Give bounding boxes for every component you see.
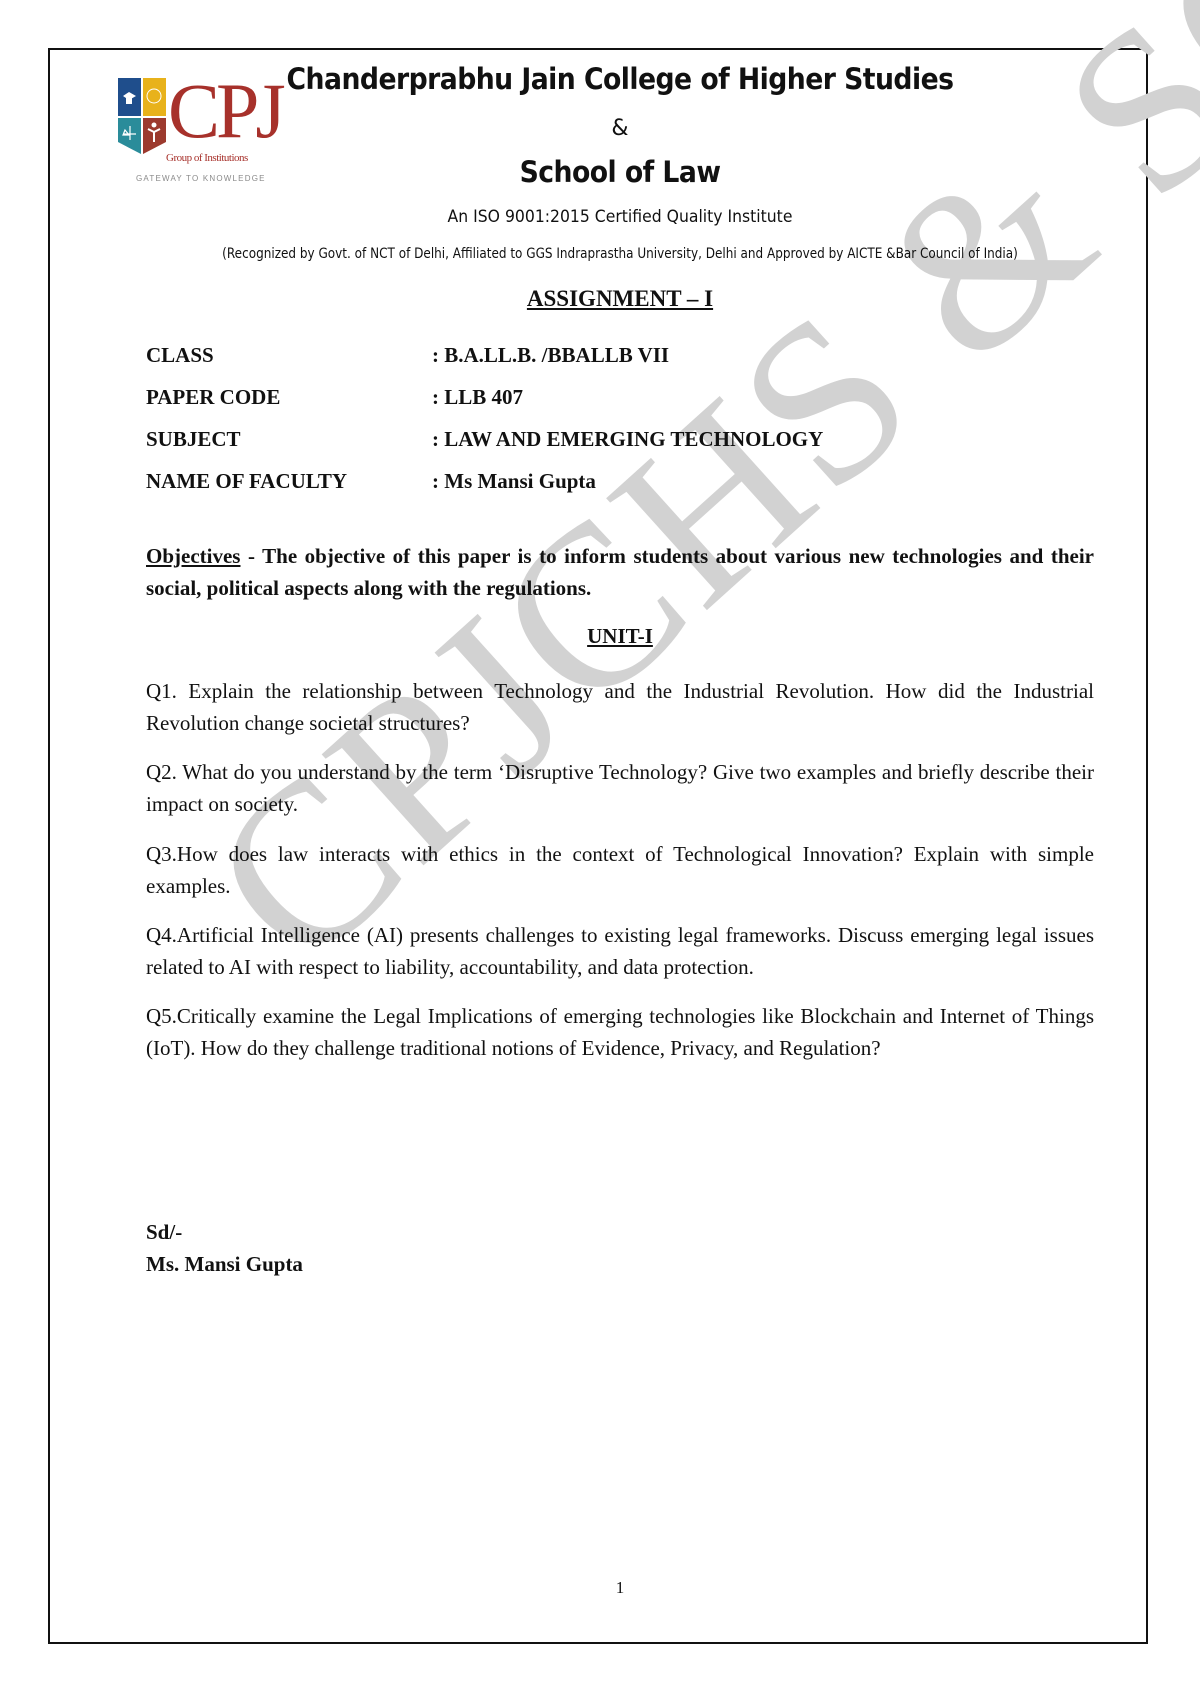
header-ampersand: & xyxy=(0,116,1200,141)
page-number: 1 xyxy=(0,1578,1200,1598)
info-value: : LAW AND EMERGING TECHNOLOGY xyxy=(432,427,823,452)
iso-certification: An ISO 9001:2015 Certified Quality Insti… xyxy=(50,207,1191,227)
unit-title: UNIT-I xyxy=(146,624,1094,649)
info-label: PAPER CODE xyxy=(146,385,280,410)
school-name: School of Law xyxy=(50,155,1191,189)
college-name: Chanderprabhu Jain College of Higher Stu… xyxy=(50,62,1191,96)
question-3: Q3.How does law interacts with ethics in… xyxy=(146,838,1094,902)
objectives-paragraph: Objectives - The objective of this paper… xyxy=(146,540,1094,604)
question-4: Q4.Artificial Intelligence (AI) presents… xyxy=(146,919,1094,983)
info-value: : Ms Mansi Gupta xyxy=(432,469,596,494)
objectives-text: - The objective of this paper is to info… xyxy=(146,544,1094,600)
info-label: CLASS xyxy=(146,343,214,368)
signature-name: Ms. Mansi Gupta xyxy=(146,1248,1094,1280)
assignment-title: ASSIGNMENT – I xyxy=(146,286,1094,312)
signature-block: Sd/- Ms. Mansi Gupta xyxy=(146,1216,1094,1280)
question-5: Q5.Critically examine the Legal Implicat… xyxy=(146,1000,1094,1064)
info-label: NAME OF FACULTY xyxy=(146,469,347,494)
objectives-label: Objectives xyxy=(146,544,240,568)
signature-sd: Sd/- xyxy=(146,1216,1094,1248)
info-value: : LLB 407 xyxy=(432,385,523,410)
question-1: Q1. Explain the relationship between Tec… xyxy=(146,675,1094,739)
question-2: Q2. What do you understand by the term ‘… xyxy=(146,756,1094,820)
recognition-line: (Recognized by Govt. of NCT of Delhi, Af… xyxy=(87,246,1153,262)
info-value: : B.A.LL.B. /BBALLB VII xyxy=(432,343,669,368)
info-label: SUBJECT xyxy=(146,427,241,452)
